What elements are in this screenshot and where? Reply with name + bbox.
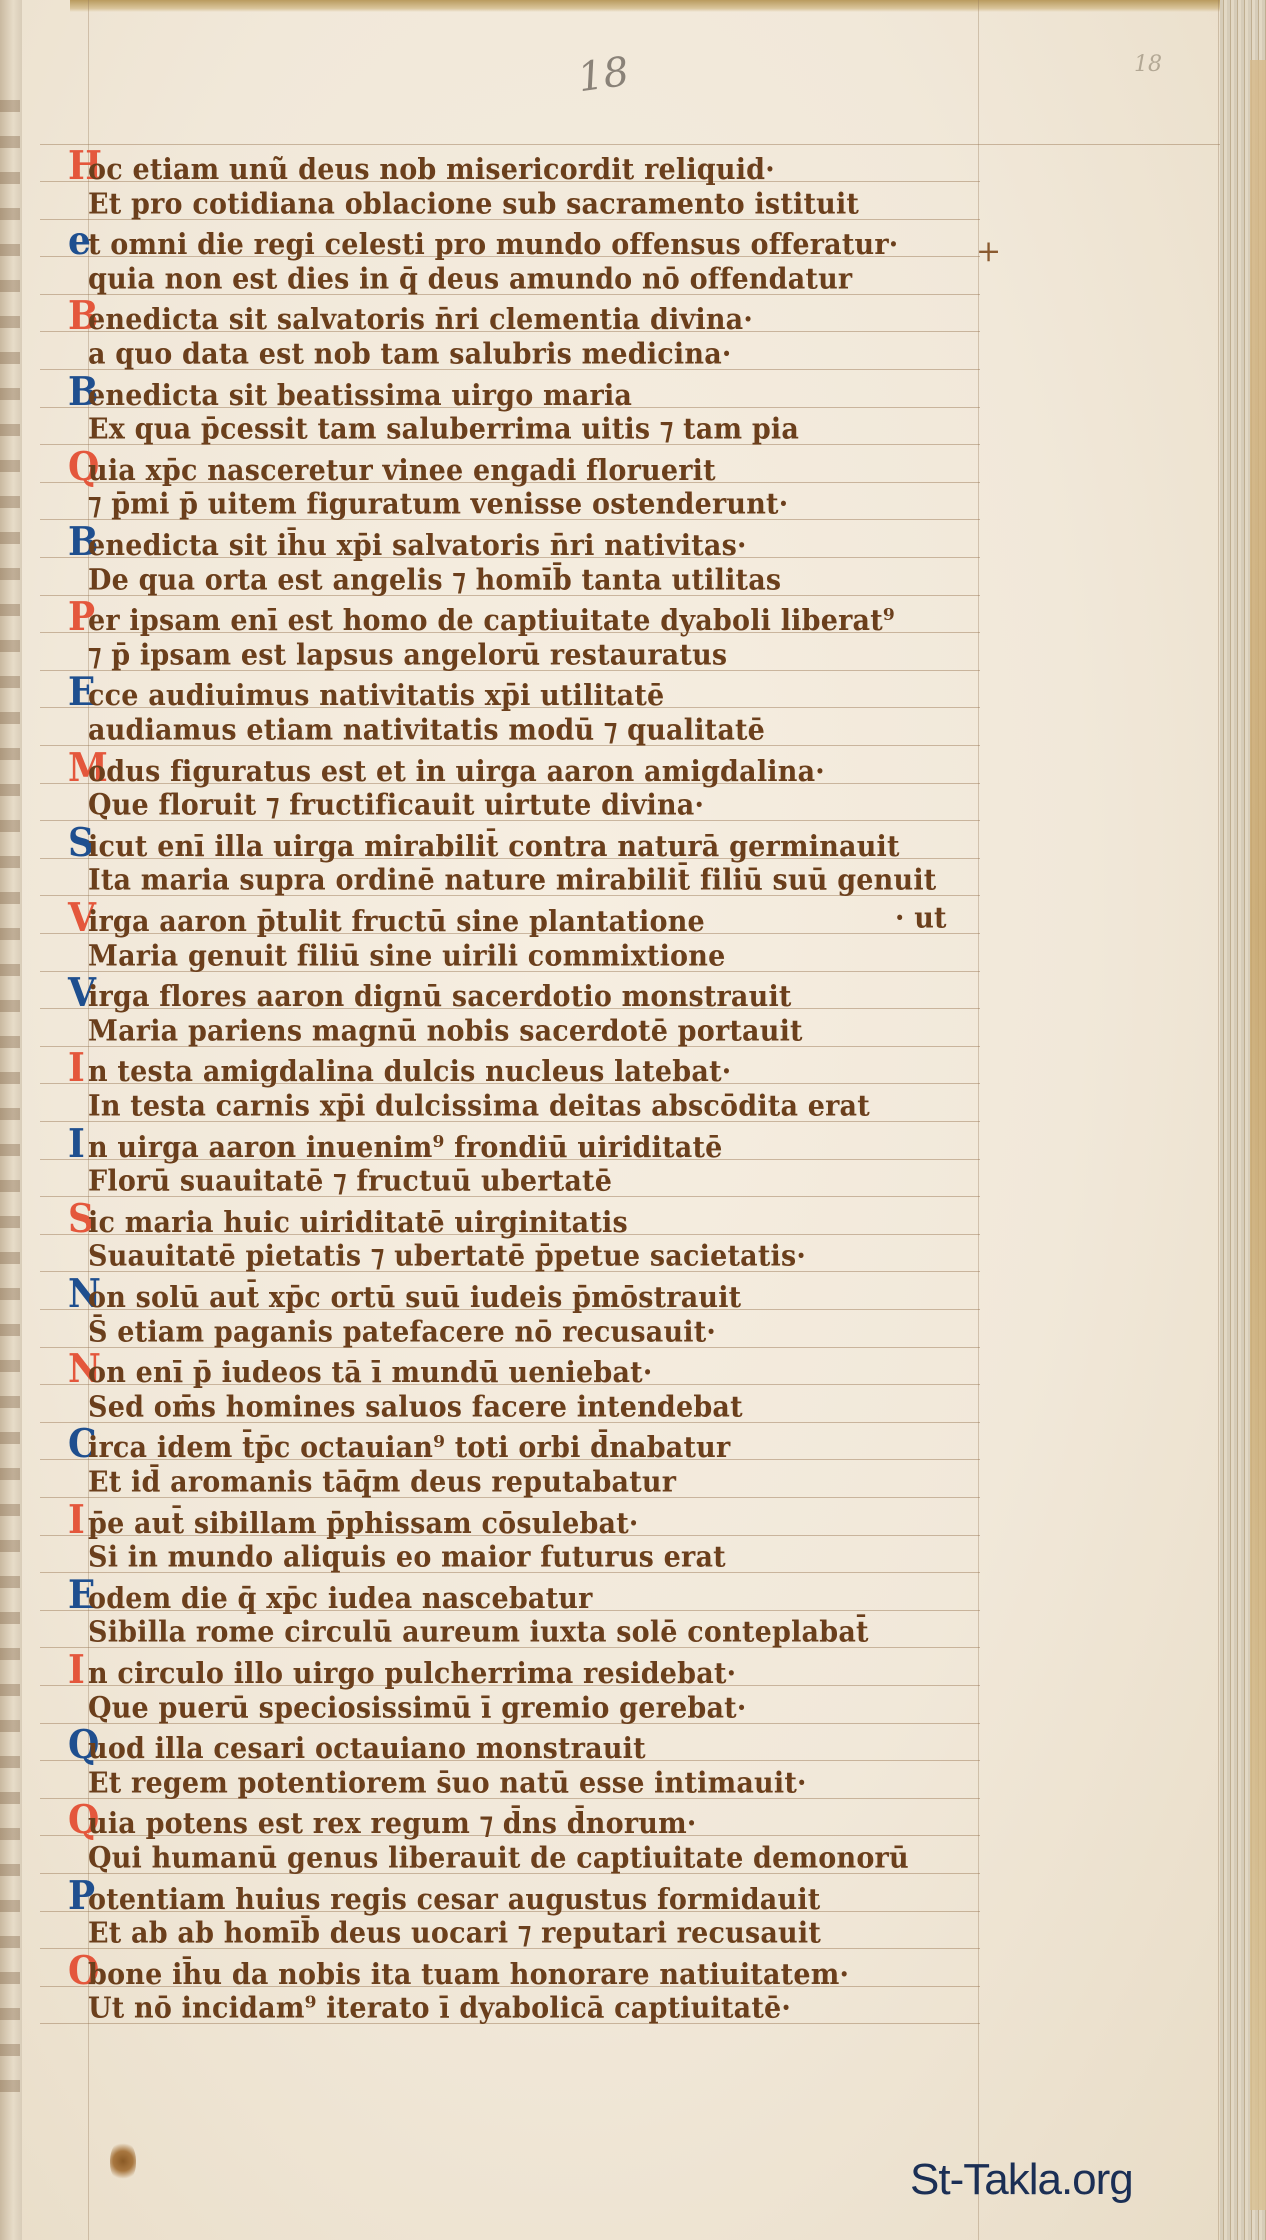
line-text: ic maria huic uiriditatē uirginitatis: [88, 1206, 628, 1239]
decorated-initial: I: [68, 1049, 88, 1089]
decorated-initial: Q: [68, 447, 88, 487]
decorated-initial: E: [68, 1575, 88, 1615]
manuscript-line: Ip̄e aut̄ sibillam p̄phissam cōsulebat·: [88, 1500, 639, 1540]
outer-margin-rule: [1218, 0, 1219, 2240]
line-text: odus figuratus est et in uirga aaron ami…: [88, 755, 825, 788]
line-text: enedicta sit ih̄u xp̄i salvatoris n̄ri n…: [88, 529, 747, 562]
right-margin-rule: [978, 0, 979, 2240]
line-text: Sed om̄s homines saluos facere intendeba…: [88, 1391, 743, 1424]
line-text: Ita maria supra ordinē nature mirabilit…: [88, 864, 936, 897]
line-text: Si in mundo aliquis eo maior futurus era…: [88, 1541, 726, 1574]
ruling-line-top: [40, 144, 1220, 145]
manuscript-line: Potentiam huius regis cesar augustus for…: [88, 1876, 820, 1916]
manuscript-line: Quod illa cesari octauiano monstrauit: [88, 1726, 646, 1766]
show-through-text: [0, 100, 20, 2100]
manuscript-line: In uirga aaron inuenim⁹ frondiū uiridit…: [88, 1124, 723, 1164]
manuscript-line: Per ipsam enī est homo de captiuitate d…: [88, 598, 895, 638]
line-text: otentiam huius regis cesar augustus form…: [88, 1883, 820, 1916]
manuscript-line: In testa amigdalina dulcis nucleus lateb…: [88, 1049, 731, 1089]
decorated-initial: I: [68, 1500, 88, 1540]
manuscript-line: In testa carnis xp̄i dulcissima deitas a…: [88, 1087, 870, 1127]
line-text: Maria pariens magnū nobis sacerdotē po…: [88, 1015, 803, 1048]
manuscript-line: In circulo illo uirgo pulcherrima reside…: [88, 1651, 736, 1691]
decorated-initial: H: [68, 147, 88, 187]
decorated-initial: O: [68, 1951, 88, 1991]
line-text: n circulo illo uirgo pulcherrima resideb…: [88, 1657, 736, 1690]
line-text: Sibilla rome circulū aureum iuxta solē…: [88, 1616, 869, 1649]
manuscript-line: Suauitatē pietatis ⁊ ubertatē p̄petue …: [88, 1237, 806, 1277]
line-text: Maria genuit filiū sine uirili commixti…: [88, 939, 725, 972]
manuscript-line: Sed om̄s homines saluos facere intendeba…: [88, 1387, 743, 1427]
line-text: S̄ etiam paganis patefacere nō recusaui…: [88, 1315, 716, 1348]
manuscript-line: Benedicta sit beatissima uirgo maria: [88, 372, 632, 412]
manuscript-line: Ut nō incidam⁹ iterato ī dyabolicā ca…: [88, 1989, 791, 2029]
manuscript-line: Quia potens est rex regum ⁊ d̄ns d̄norum…: [88, 1801, 696, 1841]
manuscript-line: Qui humanū genus liberauit de captiuita…: [88, 1839, 909, 1879]
manuscript-line: Non solū aut̄ xp̄c ortū suū iudeis p̄…: [88, 1275, 741, 1315]
manuscript-line: ⁊ p̄mi p̄ uitem figuratum venisse ostend…: [88, 485, 788, 525]
line-text: icut enī illa uirga mirabilit̄ contra n…: [88, 830, 900, 863]
manuscript-line: Ex qua p̄cessit tam saluberrima uitis ⁊ …: [88, 410, 799, 450]
line-text: Et regem potentiorem s̄uo natū esse int…: [88, 1767, 807, 1800]
line-text: Et pro cotidiana oblacione sub sacrament…: [88, 187, 859, 220]
line-text: uod illa cesari octauiano monstrauit: [88, 1732, 646, 1765]
manuscript-line: Sic maria huic uiriditatē uirginitatis: [88, 1199, 628, 1239]
line-text: t omni die regi celesti pro mundo offens…: [88, 228, 898, 261]
line-text: In testa carnis xp̄i dulcissima deitas a…: [88, 1090, 870, 1123]
line-text: n uirga aaron inuenim⁹ frondiū uiridita…: [88, 1131, 723, 1164]
line-text: Qui humanū genus liberauit de captiuita…: [88, 1842, 909, 1875]
book-fore-edge: [1220, 0, 1266, 2240]
manuscript-line: Sicut enī illa uirga mirabilit̄ contra …: [88, 823, 900, 863]
manuscript-line: Modus figuratus est et in uirga aaron am…: [88, 748, 825, 788]
line-text: Et ab ab homīb̄ deus uocari ⁊ reputari …: [88, 1917, 821, 1950]
manuscript-line: a quo data est nob tam salubris medicina…: [88, 335, 732, 375]
decorated-initial: I: [68, 1124, 88, 1164]
page-top-edge: [70, 0, 1220, 12]
manuscript-line: Et regem potentiorem s̄uo natū esse int…: [88, 1763, 807, 1803]
manuscript-line: Si in mundo aliquis eo maior futurus era…: [88, 1538, 726, 1578]
manuscript-line: Maria genuit filiū sine uirili commixti…: [88, 936, 725, 976]
line-text: De qua orta est angelis ⁊ homīb̄ tanta …: [88, 563, 781, 596]
decorated-initial: N: [68, 1350, 88, 1390]
decorated-initial: P: [68, 1876, 88, 1916]
decorated-initial: S: [68, 1199, 88, 1239]
manuscript-line: Florū suauitatē ⁊ fructuū ubertatē: [88, 1162, 612, 1202]
decorated-initial: Q: [68, 1726, 88, 1766]
folio-number: 18: [575, 49, 632, 102]
line-text: n testa amigdalina dulcis nucleus lateba…: [88, 1055, 731, 1088]
manuscript-line: Quia xp̄c nasceretur vinee engadi florue…: [88, 447, 716, 487]
manuscript-line: Hoc etiam unũ deus nob misericordit rel…: [88, 147, 775, 187]
line-text: uia xp̄c nasceretur vinee engadi floruer…: [88, 454, 716, 487]
marginal-note: · ut: [895, 899, 947, 939]
decorated-initial: B: [68, 297, 88, 337]
line-text: enedicta sit salvatoris n̄ri clementia d…: [88, 303, 753, 336]
line-text: Et id̄ aromanis tāq̄m deus reputabatur: [88, 1466, 676, 1499]
manuscript-line: quia non est dies in q̄ deus amundo nō …: [88, 259, 852, 299]
decorated-initial: C: [68, 1425, 88, 1465]
manuscript-line: Ecce audiuimus nativitatis xp̄i utilitat…: [88, 673, 664, 713]
manuscript-line: Et pro cotidiana oblacione sub sacrament…: [88, 184, 859, 224]
manuscript-line: De qua orta est angelis ⁊ homīb̄ tanta …: [88, 560, 781, 600]
line-text: ⁊ p̄mi p̄ uitem figuratum venisse ostend…: [88, 488, 788, 521]
line-text: Que floruit ⁊ fructificauit uirtute divi…: [88, 789, 704, 822]
decorated-initial: B: [68, 523, 88, 563]
manuscript-line: Sibilla rome circulū aureum iuxta solē…: [88, 1613, 869, 1653]
line-text: enedicta sit beatissima uirgo maria: [88, 379, 632, 412]
manuscript-line: Virga aaron p̄tulit fructū sine plantat…: [88, 899, 705, 939]
folio-number-margin: 18: [1134, 52, 1162, 77]
line-text: er ipsam enī est homo de captiuitate dy…: [88, 604, 895, 637]
manuscript-line: Benedicta sit ih̄u xp̄i salvatoris n̄ri …: [88, 523, 747, 563]
manuscript-line: Et id̄ aromanis tāq̄m deus reputabatur: [88, 1463, 676, 1503]
line-text: on enī p̄ iudeos tā ī mundū ueniebat…: [88, 1356, 652, 1389]
previous-page-edge: [0, 0, 22, 2240]
line-text: irga flores aaron dignū sacerdotio mons…: [88, 980, 792, 1013]
edge-stain: [1250, 60, 1266, 2210]
margin-cross-mark: +: [976, 234, 1001, 269]
manuscript-line: Maria pariens magnū nobis sacerdotē po…: [88, 1011, 803, 1051]
decorated-initial: S: [68, 823, 88, 863]
line-text: Que puerū speciosissimū ī gremio gere…: [88, 1691, 746, 1724]
line-text: p̄e aut̄ sibillam p̄phissam cōsulebat·: [88, 1507, 639, 1540]
decorated-initial: I: [68, 1651, 88, 1691]
line-text: irga aaron p̄tulit fructū sine plantati…: [88, 905, 705, 938]
decorated-initial: V: [68, 974, 88, 1014]
manuscript-line: Ita maria supra ordinē nature mirabilit…: [88, 861, 936, 901]
line-text: ⁊ p̄ ipsam est lapsus angelorū restaura…: [88, 639, 727, 672]
line-text: bone ih̄u da nobis ita tuam honorare nat…: [88, 1958, 849, 1991]
decorated-initial: e: [68, 222, 88, 262]
manuscript-line: Eodem die q̄ xp̄c iudea nascebatur: [88, 1575, 593, 1615]
line-text: audiamus etiam nativitatis modū ⁊ quali…: [88, 714, 765, 747]
line-text: irca idem t̄p̄c octauian⁹ toti orbi d̄na…: [88, 1431, 730, 1464]
watermark: St-Takla.org: [910, 2155, 1133, 2205]
line-text: oc etiam unũ deus nob misericordit reli…: [88, 153, 775, 186]
manuscript-line: audiamus etiam nativitatis modū ⁊ quali…: [88, 711, 765, 751]
decorated-initial: Q: [68, 1801, 88, 1841]
manuscript-line: Que puerū speciosissimū ī gremio gere…: [88, 1688, 746, 1728]
line-text: quia non est dies in q̄ deus amundo nō …: [88, 263, 852, 296]
decorated-initial: N: [68, 1275, 88, 1315]
line-text: Ut nō incidam⁹ iterato ī dyabolicā ca…: [88, 1992, 791, 2025]
decorated-initial: P: [68, 598, 88, 638]
manuscript-line: Obone ih̄u da nobis ita tuam honorare na…: [88, 1951, 849, 1991]
line-text: odem die q̄ xp̄c iudea nascebatur: [88, 1582, 593, 1615]
manuscript-line: et omni die regi celesti pro mundo offen…: [88, 222, 898, 262]
decorated-initial: V: [68, 899, 88, 939]
line-text: Florū suauitatē ⁊ fructuū ubertatē: [88, 1165, 612, 1198]
manuscript-line: ⁊ p̄ ipsam est lapsus angelorū restaura…: [88, 635, 727, 675]
decorated-initial: E: [68, 673, 88, 713]
decorated-initial: M: [68, 748, 88, 788]
manuscript-line: Virga flores aaron dignū sacerdotio mon…: [88, 974, 792, 1014]
line-text: a quo data est nob tam salubris medicina…: [88, 338, 732, 371]
decorated-initial: B: [68, 372, 88, 412]
manuscript-line: Benedicta sit salvatoris n̄ri clementia …: [88, 297, 753, 337]
manuscript-line: Que floruit ⁊ fructificauit uirtute divi…: [88, 786, 704, 826]
line-text: cce audiuimus nativitatis xp̄i utilitate…: [88, 679, 664, 712]
line-text: Suauitatē pietatis ⁊ ubertatē p̄petue …: [88, 1240, 806, 1273]
line-text: on solū aut̄ xp̄c ortū suū iudeis p̄m…: [88, 1281, 741, 1314]
manuscript-line: S̄ etiam paganis patefacere nō recusaui…: [88, 1312, 716, 1352]
manuscript-line: Non enī p̄ iudeos tā ī mundū uenieba…: [88, 1350, 652, 1390]
manuscript-line: Et ab ab homīb̄ deus uocari ⁊ reputari …: [88, 1914, 821, 1954]
manuscript-line: Circa idem t̄p̄c octauian⁹ toti orbi d̄n…: [88, 1425, 730, 1465]
line-text: Ex qua p̄cessit tam saluberrima uitis ⁊ …: [88, 413, 799, 446]
ink-stain: [110, 2140, 136, 2182]
line-text: uia potens est rex regum ⁊ d̄ns d̄norum·: [88, 1807, 696, 1840]
